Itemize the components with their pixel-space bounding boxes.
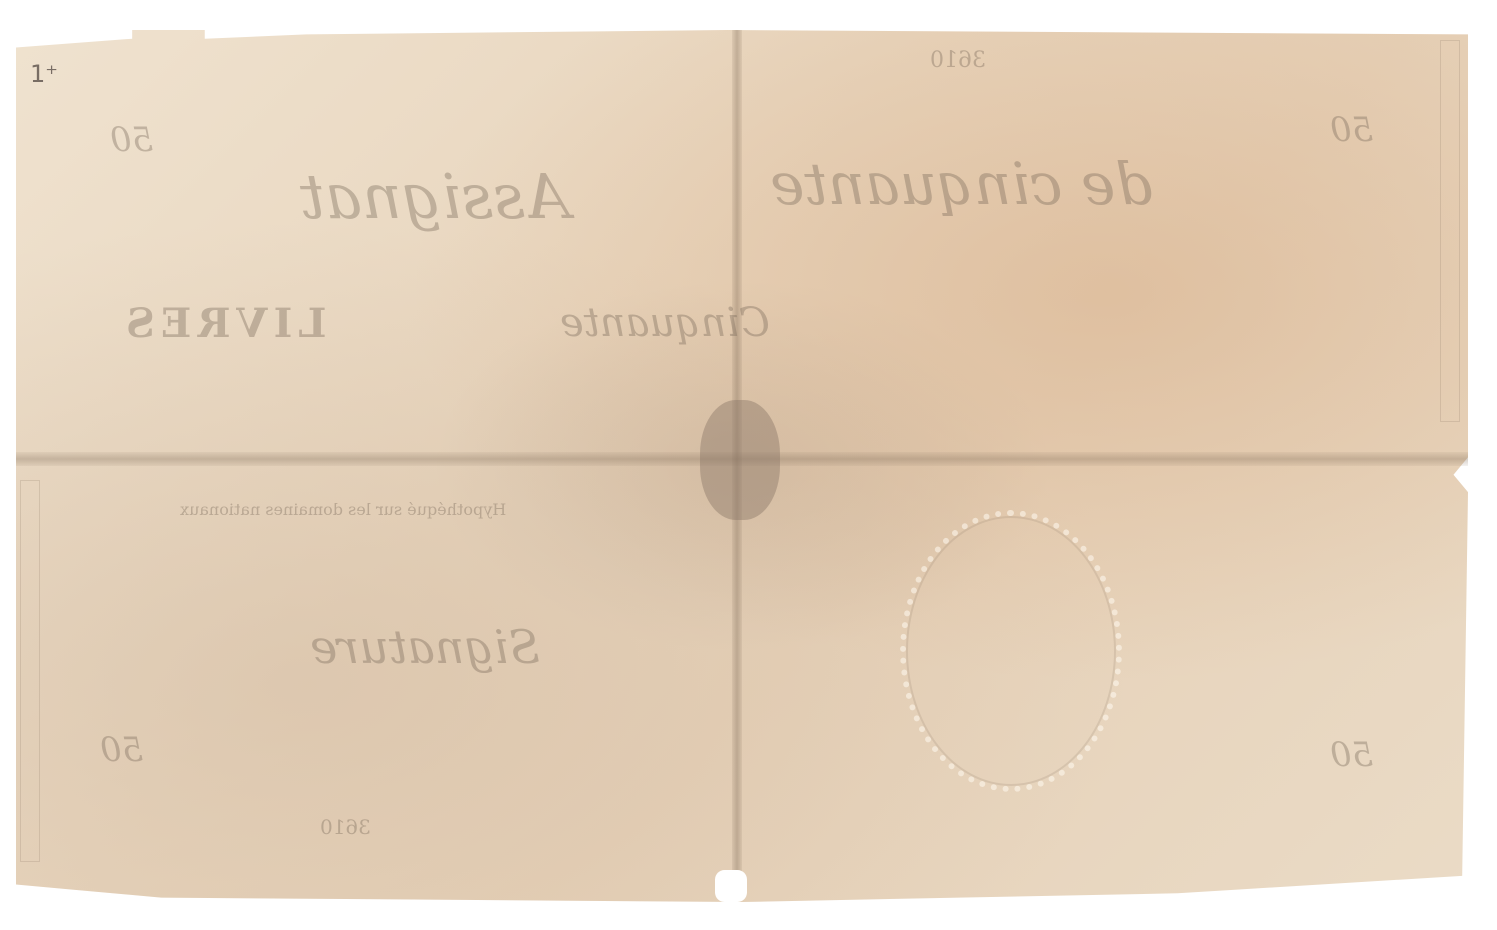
denomination-text-left: LIVRES bbox=[120, 300, 327, 347]
serial-number-bottom: 3610 bbox=[320, 815, 371, 839]
serial-number-top: 3610 bbox=[930, 48, 986, 73]
script-text-right: de cinquante bbox=[770, 150, 1152, 218]
corner-value-top-right: 50 bbox=[1330, 110, 1373, 150]
corner-value-bottom-right: 50 bbox=[1330, 735, 1373, 775]
small-print-line: Hypothéqué sur les domaines nationaux bbox=[180, 500, 506, 519]
center-stain bbox=[700, 400, 780, 520]
left-border-frame bbox=[20, 480, 40, 862]
tear-hole bbox=[715, 870, 747, 902]
corner-value-top-left: 50 bbox=[110, 120, 153, 160]
embossed-seal bbox=[900, 510, 1122, 792]
signature: Signature bbox=[310, 620, 540, 674]
denomination-text-right: Cinquante bbox=[560, 300, 770, 346]
right-border-frame bbox=[1440, 40, 1460, 422]
pencil-mark: 1⁺ bbox=[30, 60, 58, 88]
corner-value-bottom-left: 50 bbox=[100, 730, 143, 770]
script-text-left: Assignat bbox=[300, 160, 570, 233]
